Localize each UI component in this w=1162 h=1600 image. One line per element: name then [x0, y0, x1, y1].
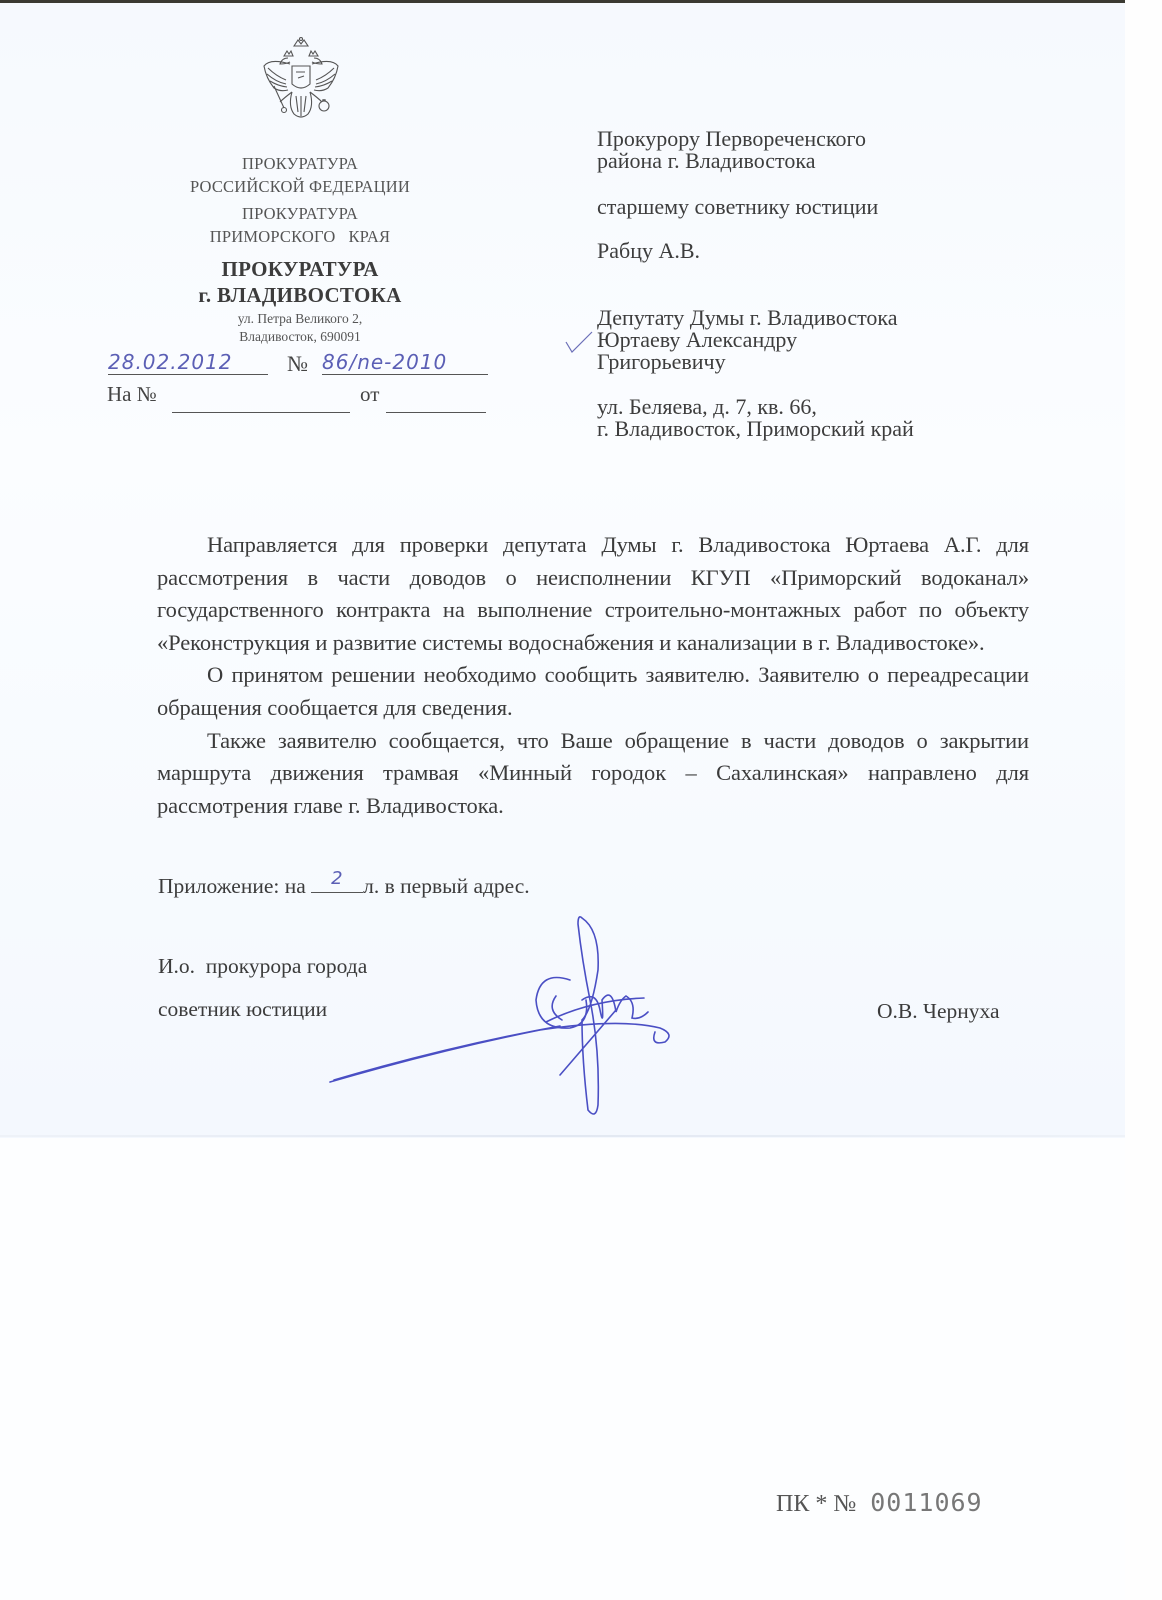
- serial-number: 0011069: [870, 1488, 982, 1517]
- org-line: ПРОКУРАТУРА: [150, 156, 450, 173]
- signer-name: О.В. Чернуха: [877, 999, 1000, 1024]
- body-paragraph: Направляется для проверки депутата Думы …: [157, 529, 1029, 659]
- office-title: ПРОКУРАТУРА: [150, 259, 450, 280]
- body-paragraph: О принятом решении необходимо сообщить з…: [157, 659, 1029, 724]
- number-label: №: [287, 353, 308, 375]
- attachment-pages-field: 2: [311, 874, 363, 893]
- addressee-line: Рабцу А.В.: [597, 240, 700, 262]
- attachment-note: Приложение: на 2л. в первый адрес.: [158, 874, 530, 899]
- outgoing-number: 86/ne-2010: [322, 352, 488, 375]
- addressee-line: Григорьевичу: [597, 351, 898, 373]
- reference-from-label: от: [360, 384, 379, 405]
- addressee-line: ул. Беляева, д. 7, кв. 66,: [597, 396, 914, 418]
- addressee-line: Юртаеву Александру: [597, 329, 898, 351]
- org-line: РОССИЙСКОЙ ФЕДЕРАЦИИ: [150, 179, 450, 196]
- sender-letterhead: ПРОКУРАТУРА РОССИЙСКОЙ ФЕДЕРАЦИИ ПРОКУРА…: [150, 156, 450, 343]
- serial-prefix: ПК * №: [776, 1491, 856, 1517]
- outgoing-date: 28.02.2012: [108, 352, 268, 375]
- reference-date-field: [386, 384, 486, 413]
- letter-body: Направляется для проверки депутата Думы …: [157, 529, 1029, 822]
- addressee-address: ул. Беляева, д. 7, кв. 66, г. Владивосто…: [597, 396, 914, 440]
- addressee-line: г. Владивосток, Приморский край: [597, 418, 914, 440]
- attachment-pages: 2: [331, 868, 343, 889]
- office-city-zip: Владивосток, 690091: [150, 330, 450, 344]
- addressee-prosecutor: Прокурору Первореченского района г. Влад…: [597, 128, 866, 172]
- addressee-line: старшему советнику юстиции: [597, 196, 878, 218]
- addressee-rank: старшему советнику юстиции: [597, 196, 878, 218]
- fold-line: [0, 1135, 1125, 1137]
- addressee-line: Прокурору Первореченского: [597, 128, 866, 150]
- addressee-line: района г. Владивостока: [597, 150, 866, 172]
- checkmark-icon: [564, 330, 594, 354]
- signer-rank: советник юстиции: [158, 997, 327, 1022]
- attachment-suffix: л. в первый адрес.: [363, 874, 530, 898]
- form-serial-number: ПК * №0011069: [776, 1490, 983, 1516]
- reference-label: На №: [107, 384, 157, 405]
- handwritten-signature: [320, 900, 700, 1130]
- paper-edge: [1125, 0, 1162, 1600]
- addressee-deputy: Депутату Думы г. Владивостока Юртаеву Ал…: [597, 307, 898, 373]
- org-line: ПРИМОРСКОГО КРАЯ: [150, 229, 450, 246]
- addressee-line: Депутату Думы г. Владивостока: [597, 307, 898, 329]
- body-paragraph: Также заявителю сообщается, что Ваше обр…: [157, 725, 1029, 823]
- russian-coat-of-arms-icon: [258, 36, 344, 124]
- office-street: ул. Петра Великого 2,: [150, 312, 450, 326]
- addressee-name: Рабцу А.В.: [597, 240, 700, 262]
- attachment-prefix: Приложение: на: [158, 874, 306, 898]
- org-line: ПРОКУРАТУРА: [150, 206, 450, 223]
- reference-number-field: [172, 384, 350, 413]
- office-city: г. ВЛАДИВОСТОКА: [150, 285, 450, 306]
